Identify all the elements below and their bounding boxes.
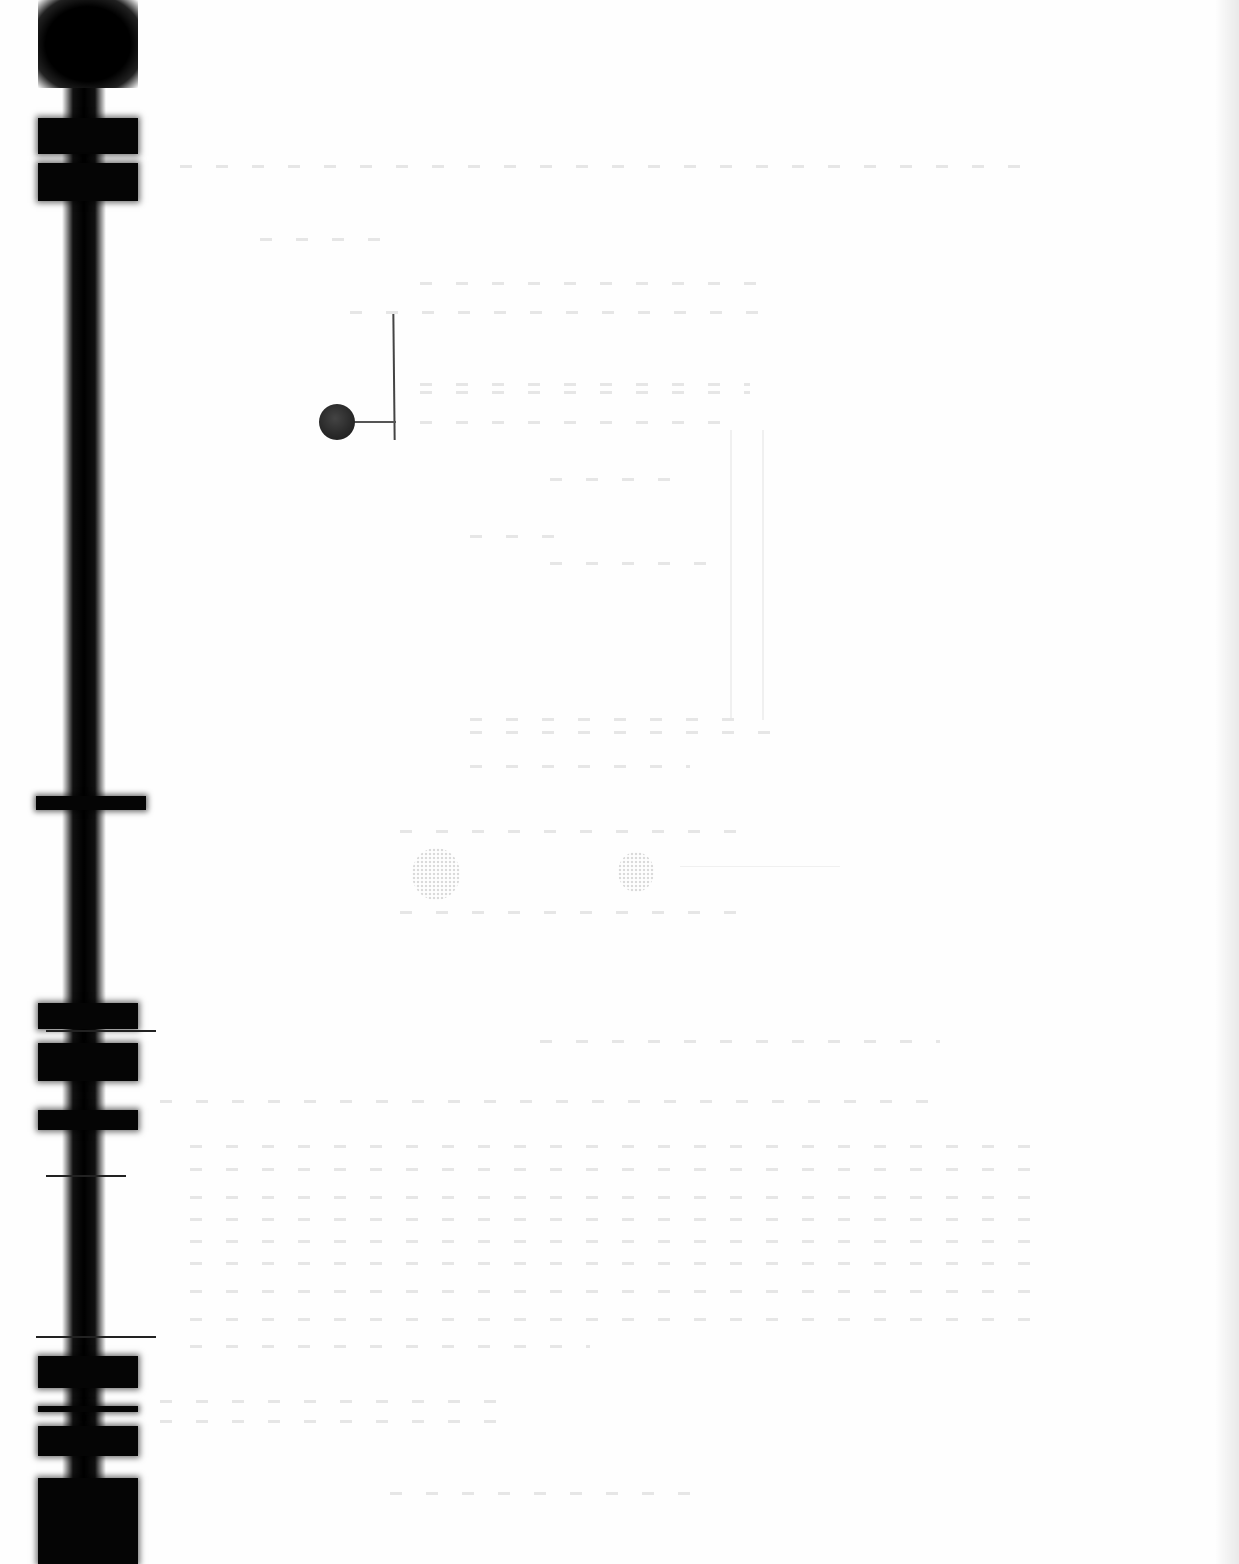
binder-clamp [38, 163, 138, 201]
binder-clamp [36, 796, 146, 810]
filled-dot-icon [319, 404, 355, 440]
body-text-line [190, 1240, 1050, 1243]
body-text-line [190, 1145, 1050, 1148]
figure-leader-line [680, 866, 840, 867]
faint-text-line [550, 562, 710, 565]
faint-text-line [540, 1040, 940, 1043]
binder-edge-line [36, 1336, 156, 1338]
binder-clamp [38, 1406, 138, 1412]
faint-text-line [420, 391, 750, 394]
binder-clamp [38, 1426, 138, 1456]
body-text-line [190, 1262, 1050, 1265]
binder-clamp [38, 1356, 138, 1388]
faint-text-line [470, 731, 770, 734]
binder-edge-line [46, 1030, 156, 1032]
binder-clamp [38, 1110, 138, 1130]
faint-text-line [260, 238, 400, 241]
body-text-line [160, 1420, 500, 1423]
body-text-line [190, 1196, 1050, 1199]
scanned-page [0, 0, 1239, 1564]
vertical-rule [762, 430, 764, 720]
faint-text-line [470, 718, 750, 721]
vertical-rule [730, 430, 732, 720]
faint-text-line [350, 311, 770, 314]
binder-clamp [38, 1043, 138, 1081]
binder-clamp [38, 1003, 138, 1029]
faint-text-line [420, 383, 750, 386]
halftone-circle-right [618, 852, 654, 892]
body-text-line [190, 1318, 1050, 1321]
binder-top-block [38, 0, 138, 88]
figure-top-rule [400, 830, 740, 833]
binder-clamp [38, 1478, 138, 1564]
page-right-edge-shadow [1215, 0, 1239, 1564]
body-heading-line [160, 1100, 940, 1103]
binder-edge-line [46, 1175, 126, 1177]
body-text-line [190, 1218, 1050, 1221]
binder-spine [62, 0, 106, 1564]
body-text-line [190, 1345, 590, 1348]
callout-leader-line [352, 421, 396, 423]
body-text-line [160, 1400, 500, 1403]
figure-bottom-rule [400, 911, 740, 914]
header-rule [180, 165, 1040, 168]
faint-text-line [420, 421, 730, 424]
halftone-circle-left [412, 848, 460, 900]
faint-text-line [550, 478, 690, 481]
faint-text-line [420, 282, 780, 285]
faint-text-line [470, 765, 690, 768]
faint-text-line [470, 535, 560, 538]
body-text-line [190, 1290, 1050, 1293]
body-text-line [190, 1168, 1050, 1171]
footer-line [390, 1492, 710, 1495]
binder-clamp [38, 118, 138, 154]
